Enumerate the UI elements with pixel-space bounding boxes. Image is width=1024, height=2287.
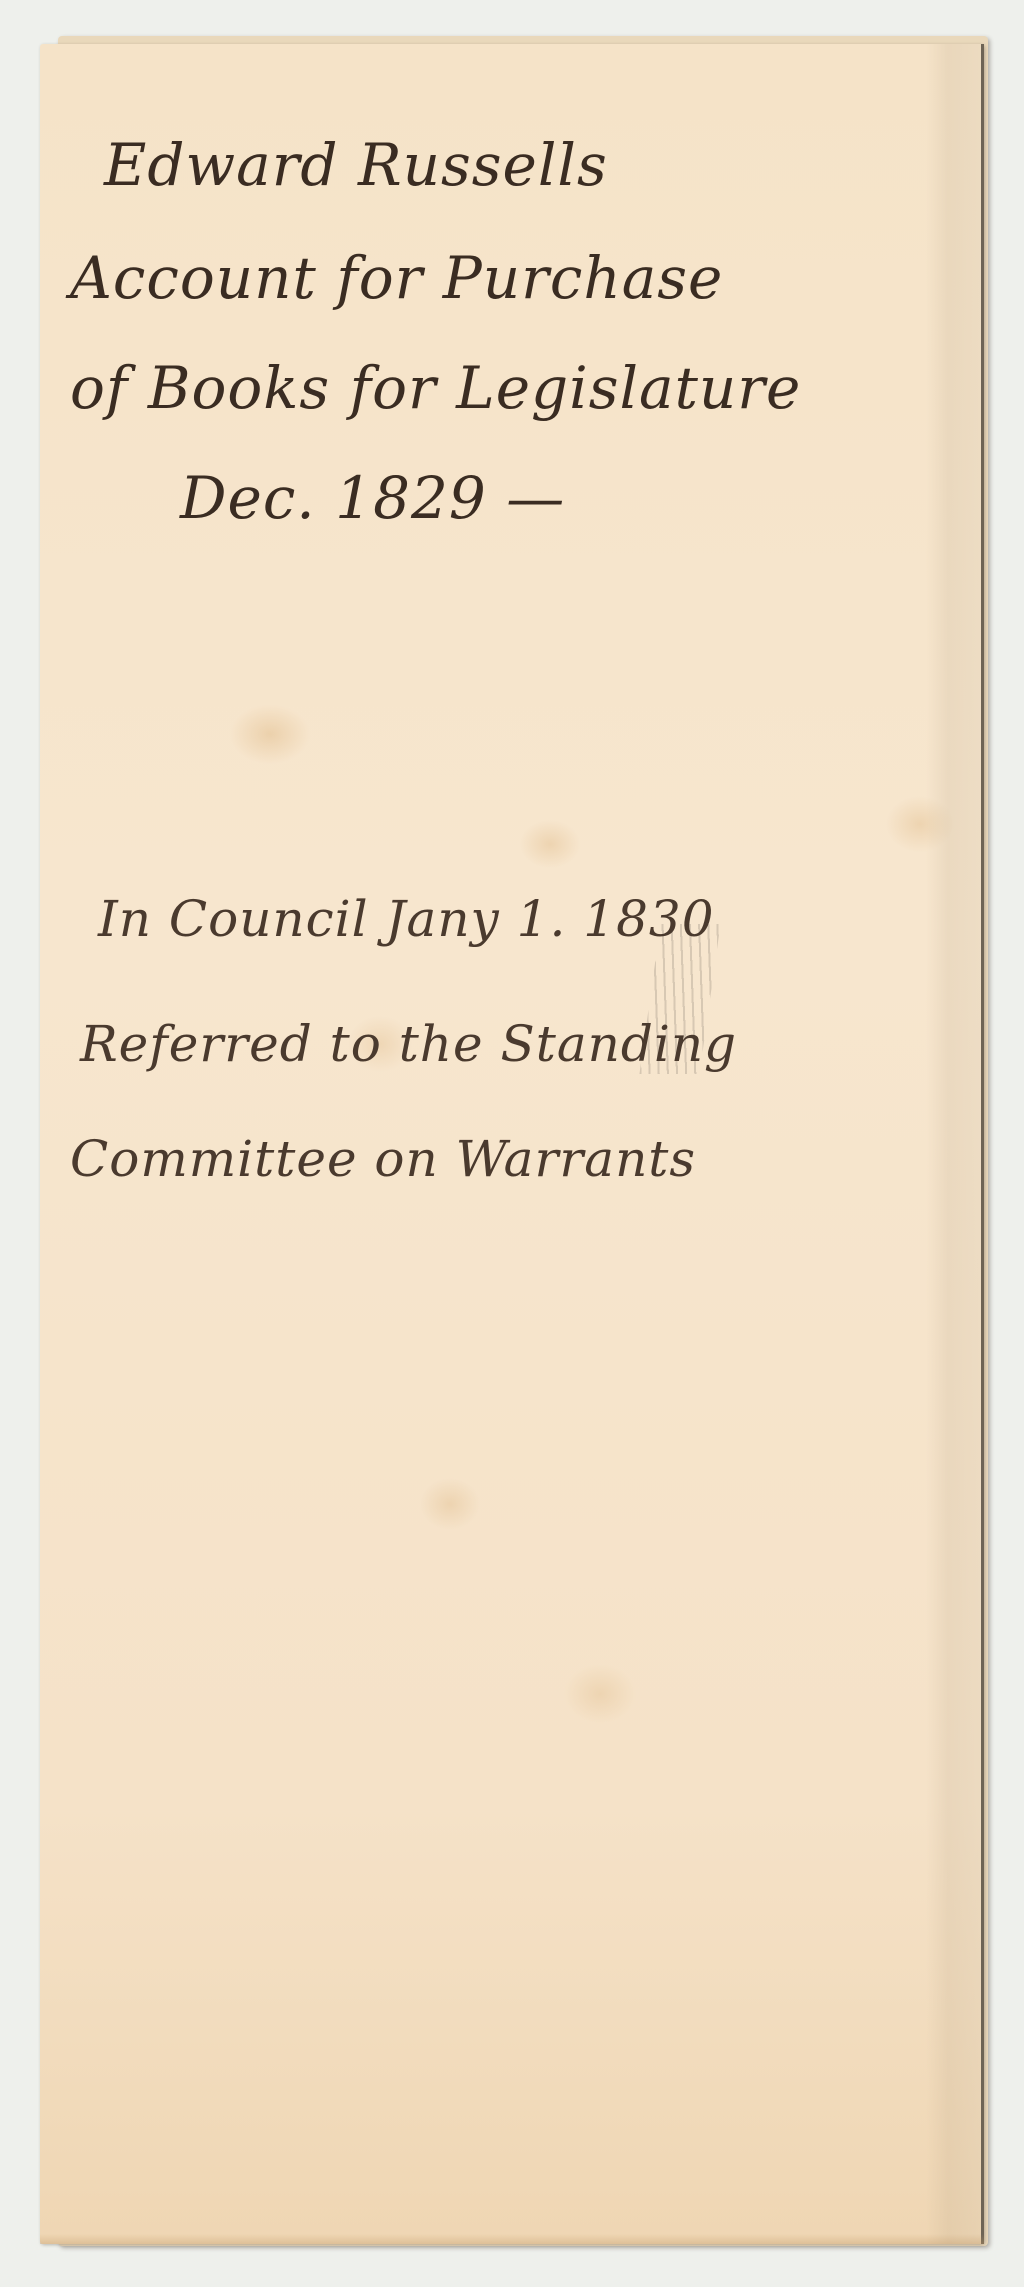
deckle-bottom-edge bbox=[40, 2234, 984, 2244]
docket-line-referred: Referred to the Standing bbox=[80, 1019, 737, 1069]
heading-line-date: Dec. 1829 — bbox=[180, 469, 565, 527]
document-sheet: Edward Russells Account for Purchase of … bbox=[40, 44, 984, 2244]
docket-line-committee: Committee on Warrants bbox=[70, 1134, 696, 1184]
heading-line-account: Account for Purchase bbox=[70, 249, 723, 307]
heading-line-name: Edward Russells bbox=[104, 136, 608, 194]
docket-line-council-date: In Council Jany 1. 1830 bbox=[98, 894, 715, 944]
folded-edge bbox=[926, 44, 984, 2244]
heading-line-books: of Books for Legislature bbox=[70, 359, 801, 417]
